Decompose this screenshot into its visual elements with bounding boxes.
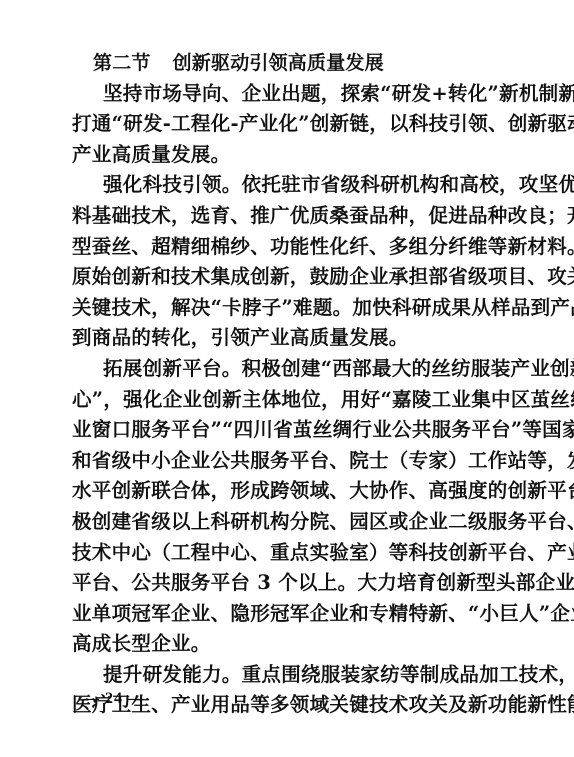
page-content: 第二节创新驱动引领高质量发展 坚持市场导向、企业出题，探索“研发+转化”新机制新… (72, 48, 506, 721)
paragraph-line: 产业高质量发展。 (72, 140, 506, 171)
paragraph-line: 高成长型企业。 (72, 629, 506, 660)
page-number: — 24 — (83, 690, 145, 708)
paragraph-line: 业窗口服务平台”“四川省茧丝绸行业公共服务平台”等国家级 (72, 415, 506, 446)
paragraph-line: 原始创新和技术集成创新，鼓励企业承担部省级项目、攻关核心 (72, 262, 506, 293)
section-number: 第二节 (93, 52, 151, 74)
paragraph-line: 业单项冠军企业、隐形冠军企业和专精特新、“小巨人”企业、 (72, 599, 506, 630)
paragraph-line: 极创建省级以上科研机构分院、园区或企业二级服务平台、企业 (72, 507, 506, 538)
paragraph-line: 拓展创新平台。积极创建“西部最大的丝纺服装产业创新中 (72, 354, 506, 385)
paragraph-line: 平台、公共服务平台 3 个以上。大力培育创新型头部企业、制造 (72, 568, 506, 599)
paragraph-line: 料基础技术，选育、推广优质桑蚕品种，促进品种改良；开发新 (72, 201, 506, 232)
paragraph-line: 水平创新联合体，形成跨领域、大协作、高强度的创新平台。积 (72, 476, 506, 507)
paragraph-line: 提升研发能力。重点围绕服装家纺等制成品加工技术，开展 (72, 660, 506, 691)
paragraph-line: 心”，强化企业创新主体地位，用好“嘉陵工业集中区茧丝绸行 (72, 385, 506, 416)
paragraph-line: 强化科技引领。依托驻市省级科研机构和高校，攻坚优质原 (72, 170, 506, 201)
paragraph-line: 到商品的转化，引领产业高质量发展。 (72, 323, 506, 354)
paragraph-line: 技术中心（工程中心、重点实验室）等科技创新平台、产业研发 (72, 538, 506, 569)
document-page: 第二节创新驱动引领高质量发展 坚持市场导向、企业出题，探索“研发+转化”新机制新… (0, 0, 574, 757)
paragraph-line: 坚持市场导向、企业出题，探索“研发+转化”新机制新模式， (72, 79, 506, 110)
section-title: 创新驱动引领高质量发展 (173, 52, 384, 74)
paragraph-line: 关键技术，解决“卡脖子”难题。加快科研成果从样品到产品再 (72, 293, 506, 324)
section-heading: 第二节创新驱动引领高质量发展 (72, 48, 506, 79)
paragraph-line: 型蚕丝、超精细棉纱、功能性化纤、多组分纤维等新材料。注重 (72, 232, 506, 263)
paragraph-line: 和省级中小企业公共服务平台、院士（专家）工作站等，发展高 (72, 446, 506, 477)
paragraph-line: 打通“研发-工程化-产业化”创新链，以科技引领、创新驱动促进 (72, 109, 506, 140)
